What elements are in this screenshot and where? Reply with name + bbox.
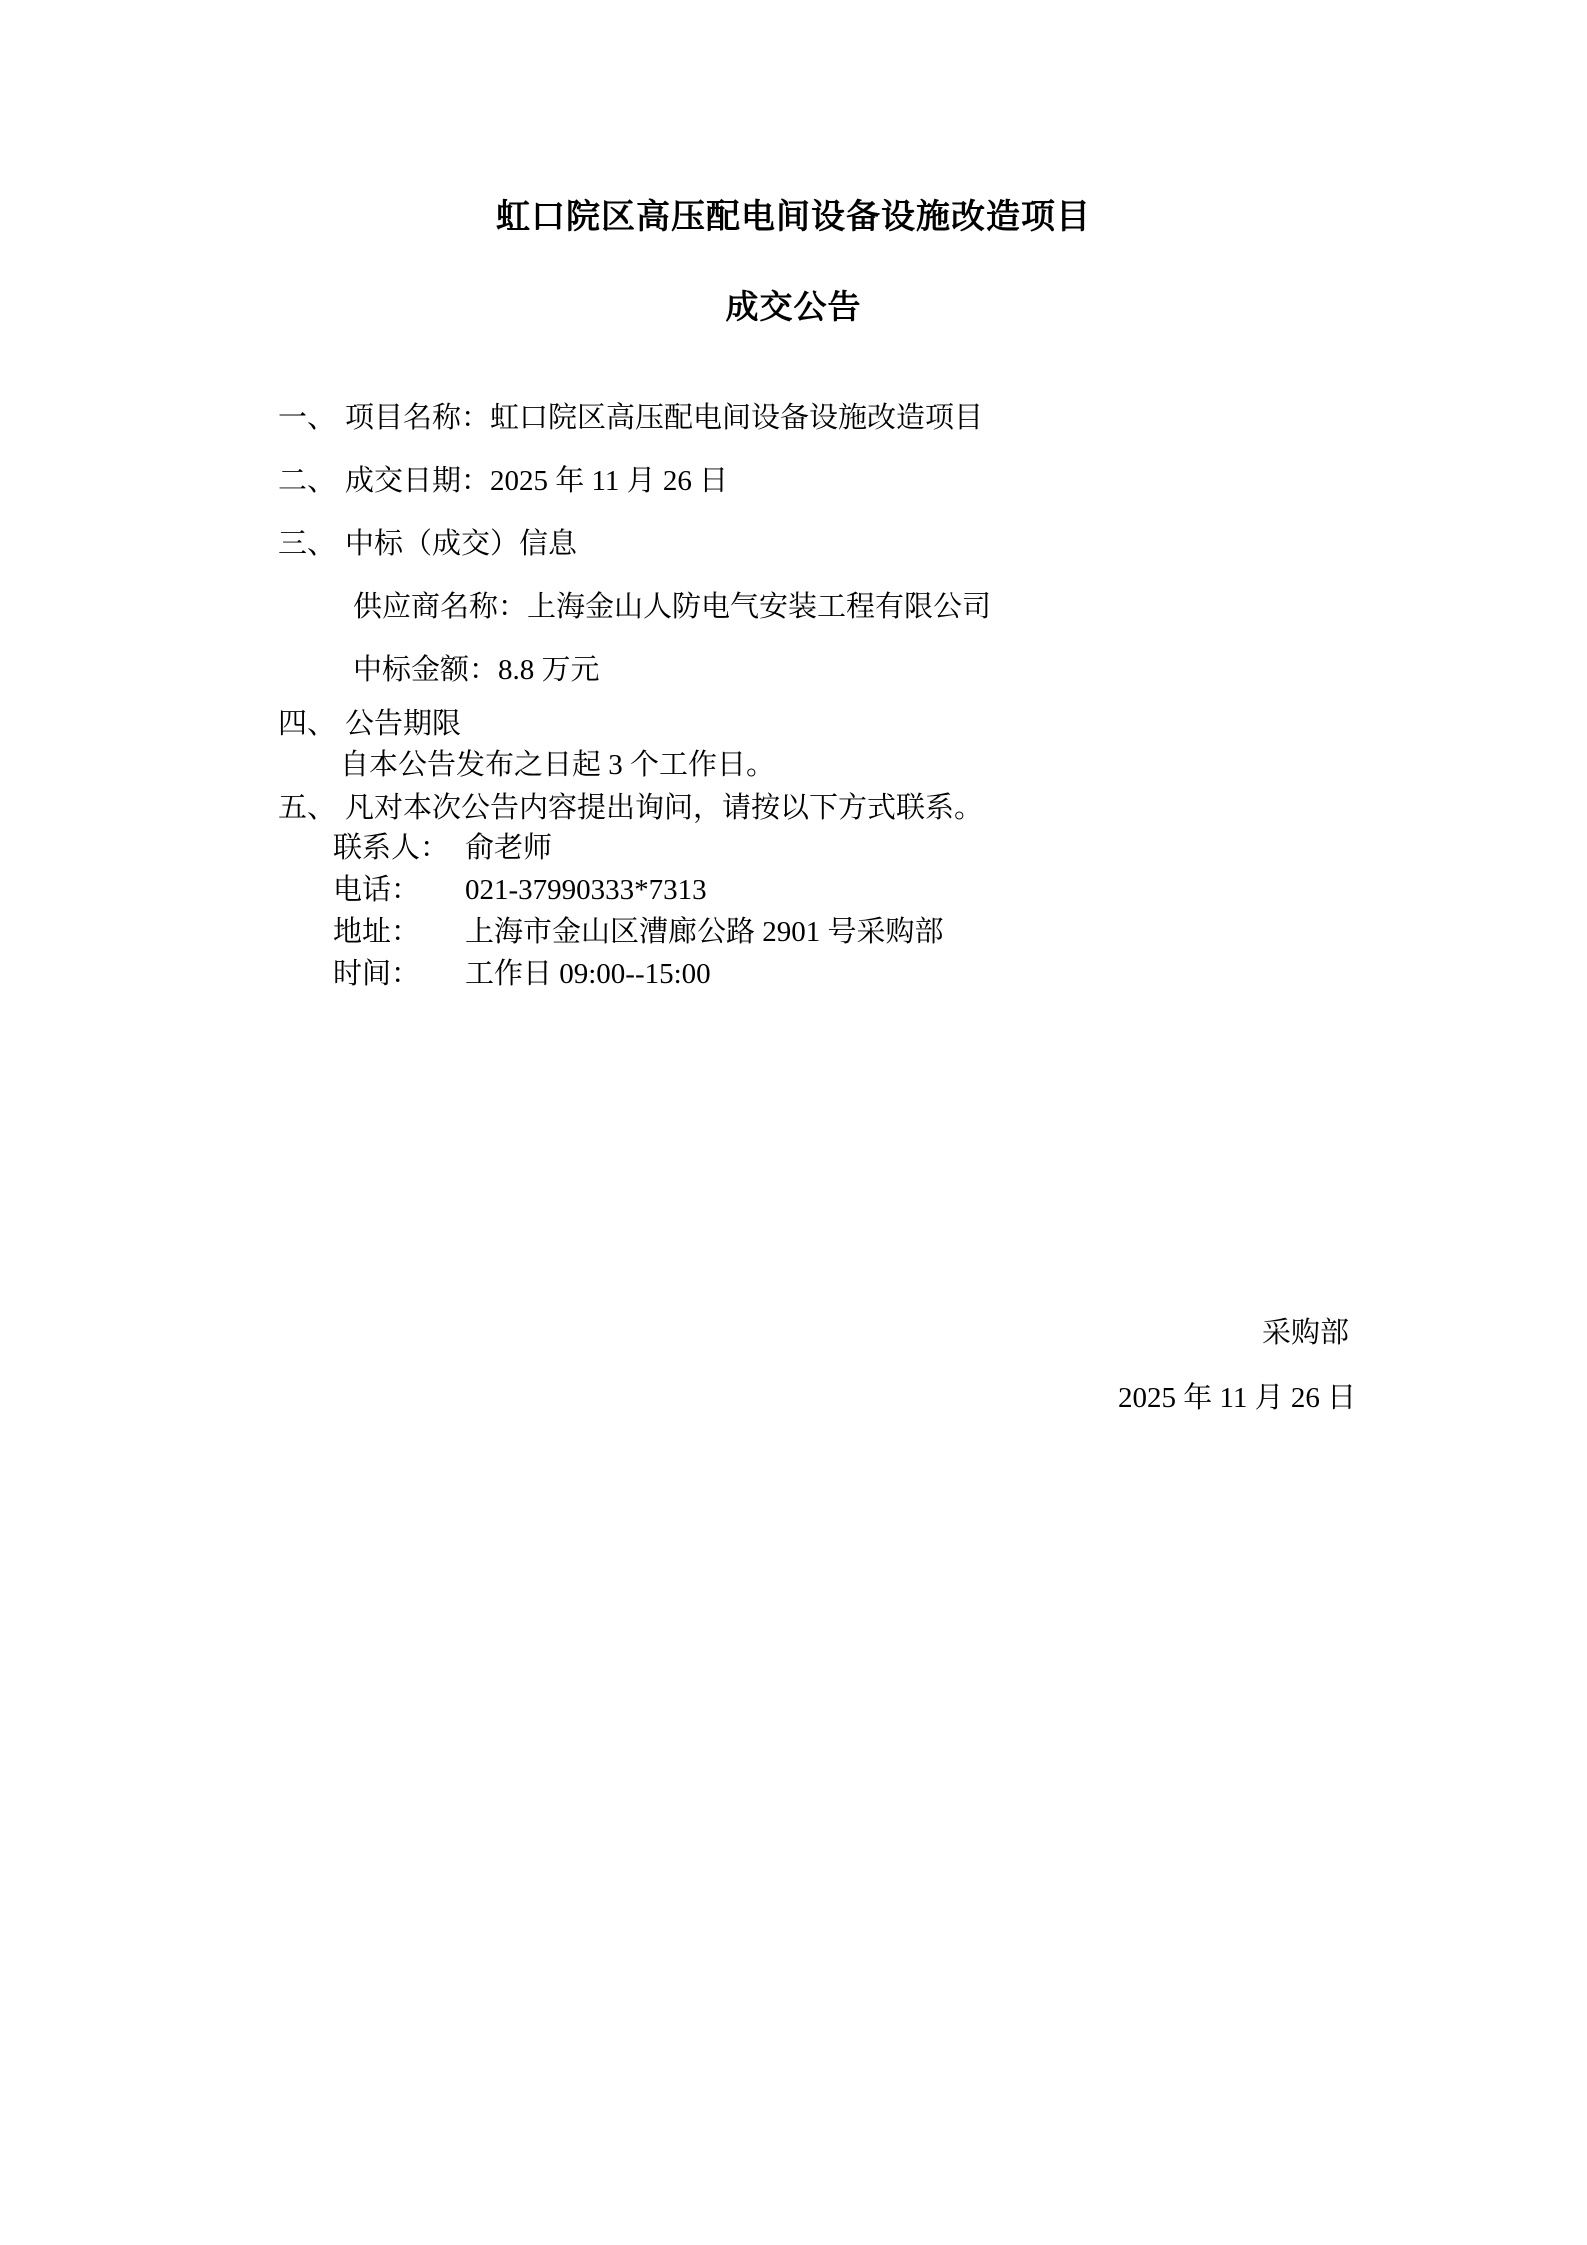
list-item-award-date: 二、 成交日期：2025 年 11 月 26 日 xyxy=(278,463,728,499)
signature-date: 2025 年 11 月 26 日 xyxy=(1118,1380,1356,1416)
contact-label: 联系人： xyxy=(333,830,465,866)
item-text: 中标（成交）信息 xyxy=(345,526,577,562)
item-text: 项目名称：虹口院区高压配电间设备设施改造项目 xyxy=(345,400,983,436)
list-item-project-name: 一、 项目名称：虹口院区高压配电间设备设施改造项目 xyxy=(278,400,983,436)
supplier-name-line: 供应商名称：上海金山人防电气安装工程有限公司 xyxy=(353,589,991,625)
item-number: 四、 xyxy=(278,706,345,742)
document-title-line1: 虹口院区高压配电间设备设施改造项目 xyxy=(0,197,1587,240)
notice-period-detail-line: 自本公告发布之日起 3 个工作日。 xyxy=(340,747,775,783)
award-amount-line: 中标金额：8.8 万元 xyxy=(353,652,600,688)
item-number: 五、 xyxy=(278,790,345,826)
list-item-notice-period: 四、 公告期限 xyxy=(278,706,461,742)
contact-value: 上海市金山区漕廊公路 2901 号采购部 xyxy=(465,914,944,950)
contact-label: 电话： xyxy=(333,872,465,908)
contact-value: 工作日 09:00--15:00 xyxy=(465,956,711,992)
document-title-line2: 成交公告 xyxy=(0,288,1587,329)
item-number: 一、 xyxy=(278,400,345,436)
document-page: 虹口院区高压配电间设备设施改造项目 成交公告 一、 项目名称：虹口院区高压配电间… xyxy=(0,0,1587,2245)
item-text: 凡对本次公告内容提出询问，请按以下方式联系。 xyxy=(345,790,983,826)
item-number: 三、 xyxy=(278,526,345,562)
contact-person-row: 联系人： 俞老师 xyxy=(333,830,552,866)
item-text: 成交日期：2025 年 11 月 26 日 xyxy=(345,463,728,499)
contact-hours-row: 时间： 工作日 09:00--15:00 xyxy=(333,956,711,992)
list-item-inquiry: 五、 凡对本次公告内容提出询问，请按以下方式联系。 xyxy=(278,790,983,826)
contact-phone-row: 电话： 021-37990333*7313 xyxy=(333,872,707,908)
contact-address-row: 地址： 上海市金山区漕廊公路 2901 号采购部 xyxy=(333,914,944,950)
signature-department: 采购部 xyxy=(1262,1315,1349,1351)
list-item-award-info: 三、 中标（成交）信息 xyxy=(278,526,577,562)
contact-label: 时间： xyxy=(333,956,465,992)
item-number: 二、 xyxy=(278,463,345,499)
contact-label: 地址： xyxy=(333,914,465,950)
contact-value: 021-37990333*7313 xyxy=(465,872,707,908)
item-text: 公告期限 xyxy=(345,706,461,742)
contact-value: 俞老师 xyxy=(465,830,552,866)
